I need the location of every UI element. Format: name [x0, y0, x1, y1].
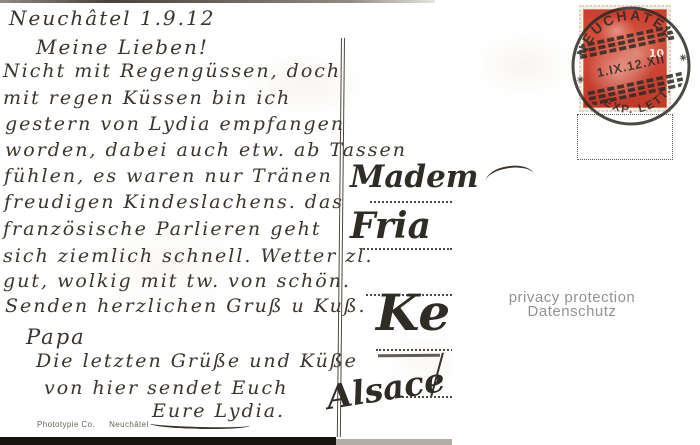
message-line: gut, wolkig mit tw. von schön. [3, 272, 351, 291]
postmark-cancel: NEUCHATEL EXP. LETT. 1.IX.12.XII ✳ ✳ [550, 0, 700, 147]
publisher-city: Neuchâtel [109, 420, 149, 429]
privacy-watermark: privacy protection Datenschutz [462, 291, 682, 319]
ink-smear [378, 354, 440, 358]
message-line: gestern von Lydia empfangen [5, 115, 345, 134]
address-line-name: Fria [350, 208, 431, 244]
message-line: freudigen Kindeslachens. das [4, 193, 344, 212]
handwritten-dateline: Neuchâtel 1.9.12 [9, 8, 215, 28]
message-line: worden, dabei auch etw. ab Tassen [5, 141, 407, 160]
postmark-date: 1.IX.12.XII [596, 52, 667, 80]
message-line: sich ziemlich schnell. Wetter zl. [3, 247, 374, 266]
scan-edge-bottom-light [336, 439, 460, 445]
pen-flourish [485, 163, 536, 193]
message-line: mit regen Küssen bin ich [3, 89, 291, 108]
address-rule [370, 201, 452, 203]
handwritten-signature: Papa [26, 327, 86, 348]
message-line: französische Parlieren geht [3, 220, 322, 239]
message-line: fühlen, es waren nur Tränen [4, 167, 333, 186]
address-rule [376, 349, 456, 351]
message-line: Senden herzlichen Gruß u Kuß. [5, 297, 367, 316]
publisher-imprint: Phototypie Co.Neuchâtel [37, 420, 163, 429]
handwritten-salutation: Meine Lieben! [36, 37, 209, 57]
postscript-line: von hier sendet Euch [44, 379, 288, 398]
address-line-town: Ke [376, 288, 450, 338]
postcard-scan: { "message": { "dateline": "Neuchâtel 1.… [0, 0, 700, 445]
scan-edge-bottom [0, 437, 336, 445]
scan-edge-top [0, 0, 435, 3]
postscript-line: Die letzten Grüße und Küße [36, 352, 358, 371]
privacy-line-de: Datenschutz [462, 305, 682, 319]
address-line-mademoiselle: Madem [350, 162, 479, 193]
address-rule [360, 248, 452, 250]
publisher-name: Phototypie Co. [37, 420, 95, 429]
message-line: Nicht mit Regengüssen, doch [3, 62, 341, 81]
postmark-star-left: ✳ [576, 74, 586, 85]
